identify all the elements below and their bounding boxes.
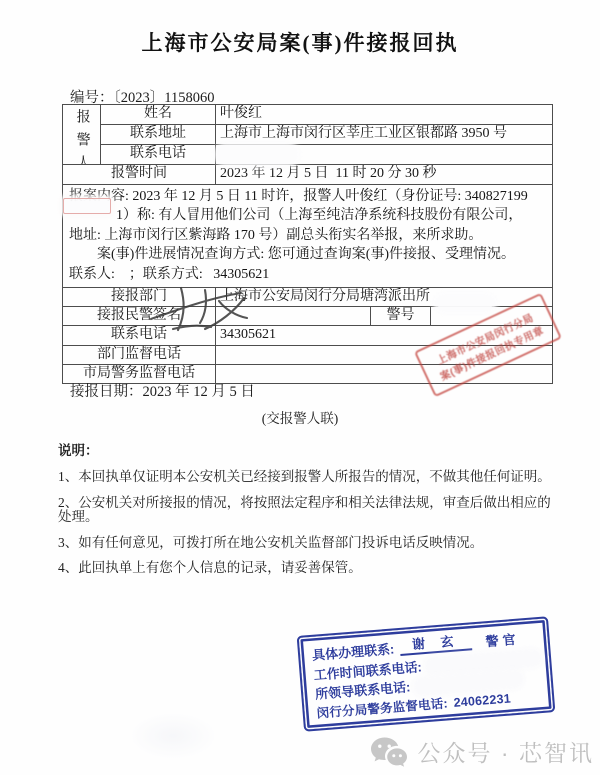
redaction-blur-badge-number [437,296,493,310]
stamp-supervision-value: 24062231 [453,692,511,710]
address-value: 上海市上海市闵行区莘庄工业区银都路 3950 号 [216,125,553,145]
ink-smudge [128,712,218,760]
receive-date: 接报日期：2023 年 12 月 5 日 [70,380,255,401]
phone2-label: 联系电话 [63,326,216,345]
report-content-cell: 报案内容: 2023 年 12 月 5 日 11 时许，报警人叶俊红（身份证号:… [63,185,553,288]
dept-value: 上海市公安局闵行分局塘湾派出所 [216,288,553,307]
scanned-police-receipt: 上海市公安局案(事)件接报回执 编号：〔2023〕1158060 报警人 姓名 … [0,0,600,775]
redaction-blur-leader-phone [416,672,522,694]
content-line-4: 案(事)件进展情况查询方式: 您可通过查询案(事)件接报、受理情况。 [69,245,546,264]
dept-label: 接报部门 [63,288,216,307]
content-line-5: 联系人: ；联系方式: 34305621 [69,265,546,284]
note-item-1: 1、本回执单仅证明本公安机关已经接到报警人所报告的情况，不做其他任何证明。 [58,470,558,484]
receive-date-label: 接报日期： [70,384,143,400]
stamp-supervision-label: 闵行分局警务监督电话: [316,697,448,720]
watermark-text: 公众号 · 芯智讯 [418,735,594,768]
note-item-3: 3、如有任何意见，可拨打所在地公安机关监督部门投诉电话反映情况。 [58,536,558,550]
notes-section: 说明： 1、本回执单仅证明本公安机关已经接到报警人所报告的情况，不做其他任何证明… [58,439,558,587]
copy-note: (交报警人联) [0,407,600,427]
notes-heading: 说明： [58,439,558,459]
badge-label: 警号 [371,307,431,326]
blue-contact-stamp: 具体办理联系: 谢 玄 警官 工作时间联系电话: 所领导联系电话: 闵行分局警务… [297,616,556,731]
redaction-blur-id-number [63,198,111,214]
note-item-2: 2、公安机关对所接报的情况，将按照法定程序和相关法律法规，审查后做出相应的处理。 [58,496,558,524]
row-phone: 联系电话 [63,145,553,165]
stamp-handler-rank: 警官 [485,633,520,649]
wechat-icon [370,736,408,768]
content-line-2: 1）称: 有人冒用他们公司（上海至纯洁净系统科技股份有限公司， [69,206,546,225]
page-title: 上海市公安局案(事)件接报回执 [0,27,600,57]
row-report-content: 报案内容: 2023 年 12 月 5 日 11 时许，报警人叶俊红（身份证号:… [63,185,553,288]
reporter-group-label: 报警人 [63,105,101,165]
stamp-work-phone-label: 工作时间联系电话: [313,660,422,682]
city-phone-value [216,364,553,383]
time-label: 报警时间 [63,165,216,185]
content-line-3: 地址: 上海市闵行区紫海路 170 号）副总头衔实名举报，来所求助。 [69,226,546,245]
phone-label: 联系电话 [101,145,216,165]
stamp-handler-label: 具体办理联系: [312,642,395,662]
row-report-time: 报警时间 2023 年 12 月 5 日 11 时 20 分 30 秒 [63,165,553,185]
content-line-1: 报案内容: 2023 年 12 月 5 日 11 时许，报警人叶俊红（身份证号:… [69,187,546,206]
officer-label: 接报民警签名 [63,307,216,326]
receive-date-value: 2023 年 12 月 5 日 [143,384,255,400]
note-item-4: 4、此回执单上有您个人信息的记录，请妥善保管。 [58,561,558,575]
redaction-blur-work-phone [427,651,539,673]
redaction-blur-reporter-phone [218,146,296,163]
address-label: 联系地址 [101,125,216,145]
officer-signature-cell [216,307,371,326]
name-label: 姓名 [101,105,216,125]
dept-phone-label: 部门监督电话 [63,345,216,364]
row-address: 联系地址 上海市上海市闵行区莘庄工业区银都路 3950 号 [63,125,553,145]
stamp-handler-name: 谢 玄 [400,633,473,655]
time-value: 2023 年 12 月 5 日 11 时 20 分 30 秒 [216,165,553,185]
stamp-leader-phone-label: 所领导联系电话: [315,681,411,702]
row-name: 报警人 姓名 叶俊红 [63,105,553,125]
watermark: 公众号 · 芯智讯 [370,735,594,768]
name-value: 叶俊红 [216,105,553,125]
